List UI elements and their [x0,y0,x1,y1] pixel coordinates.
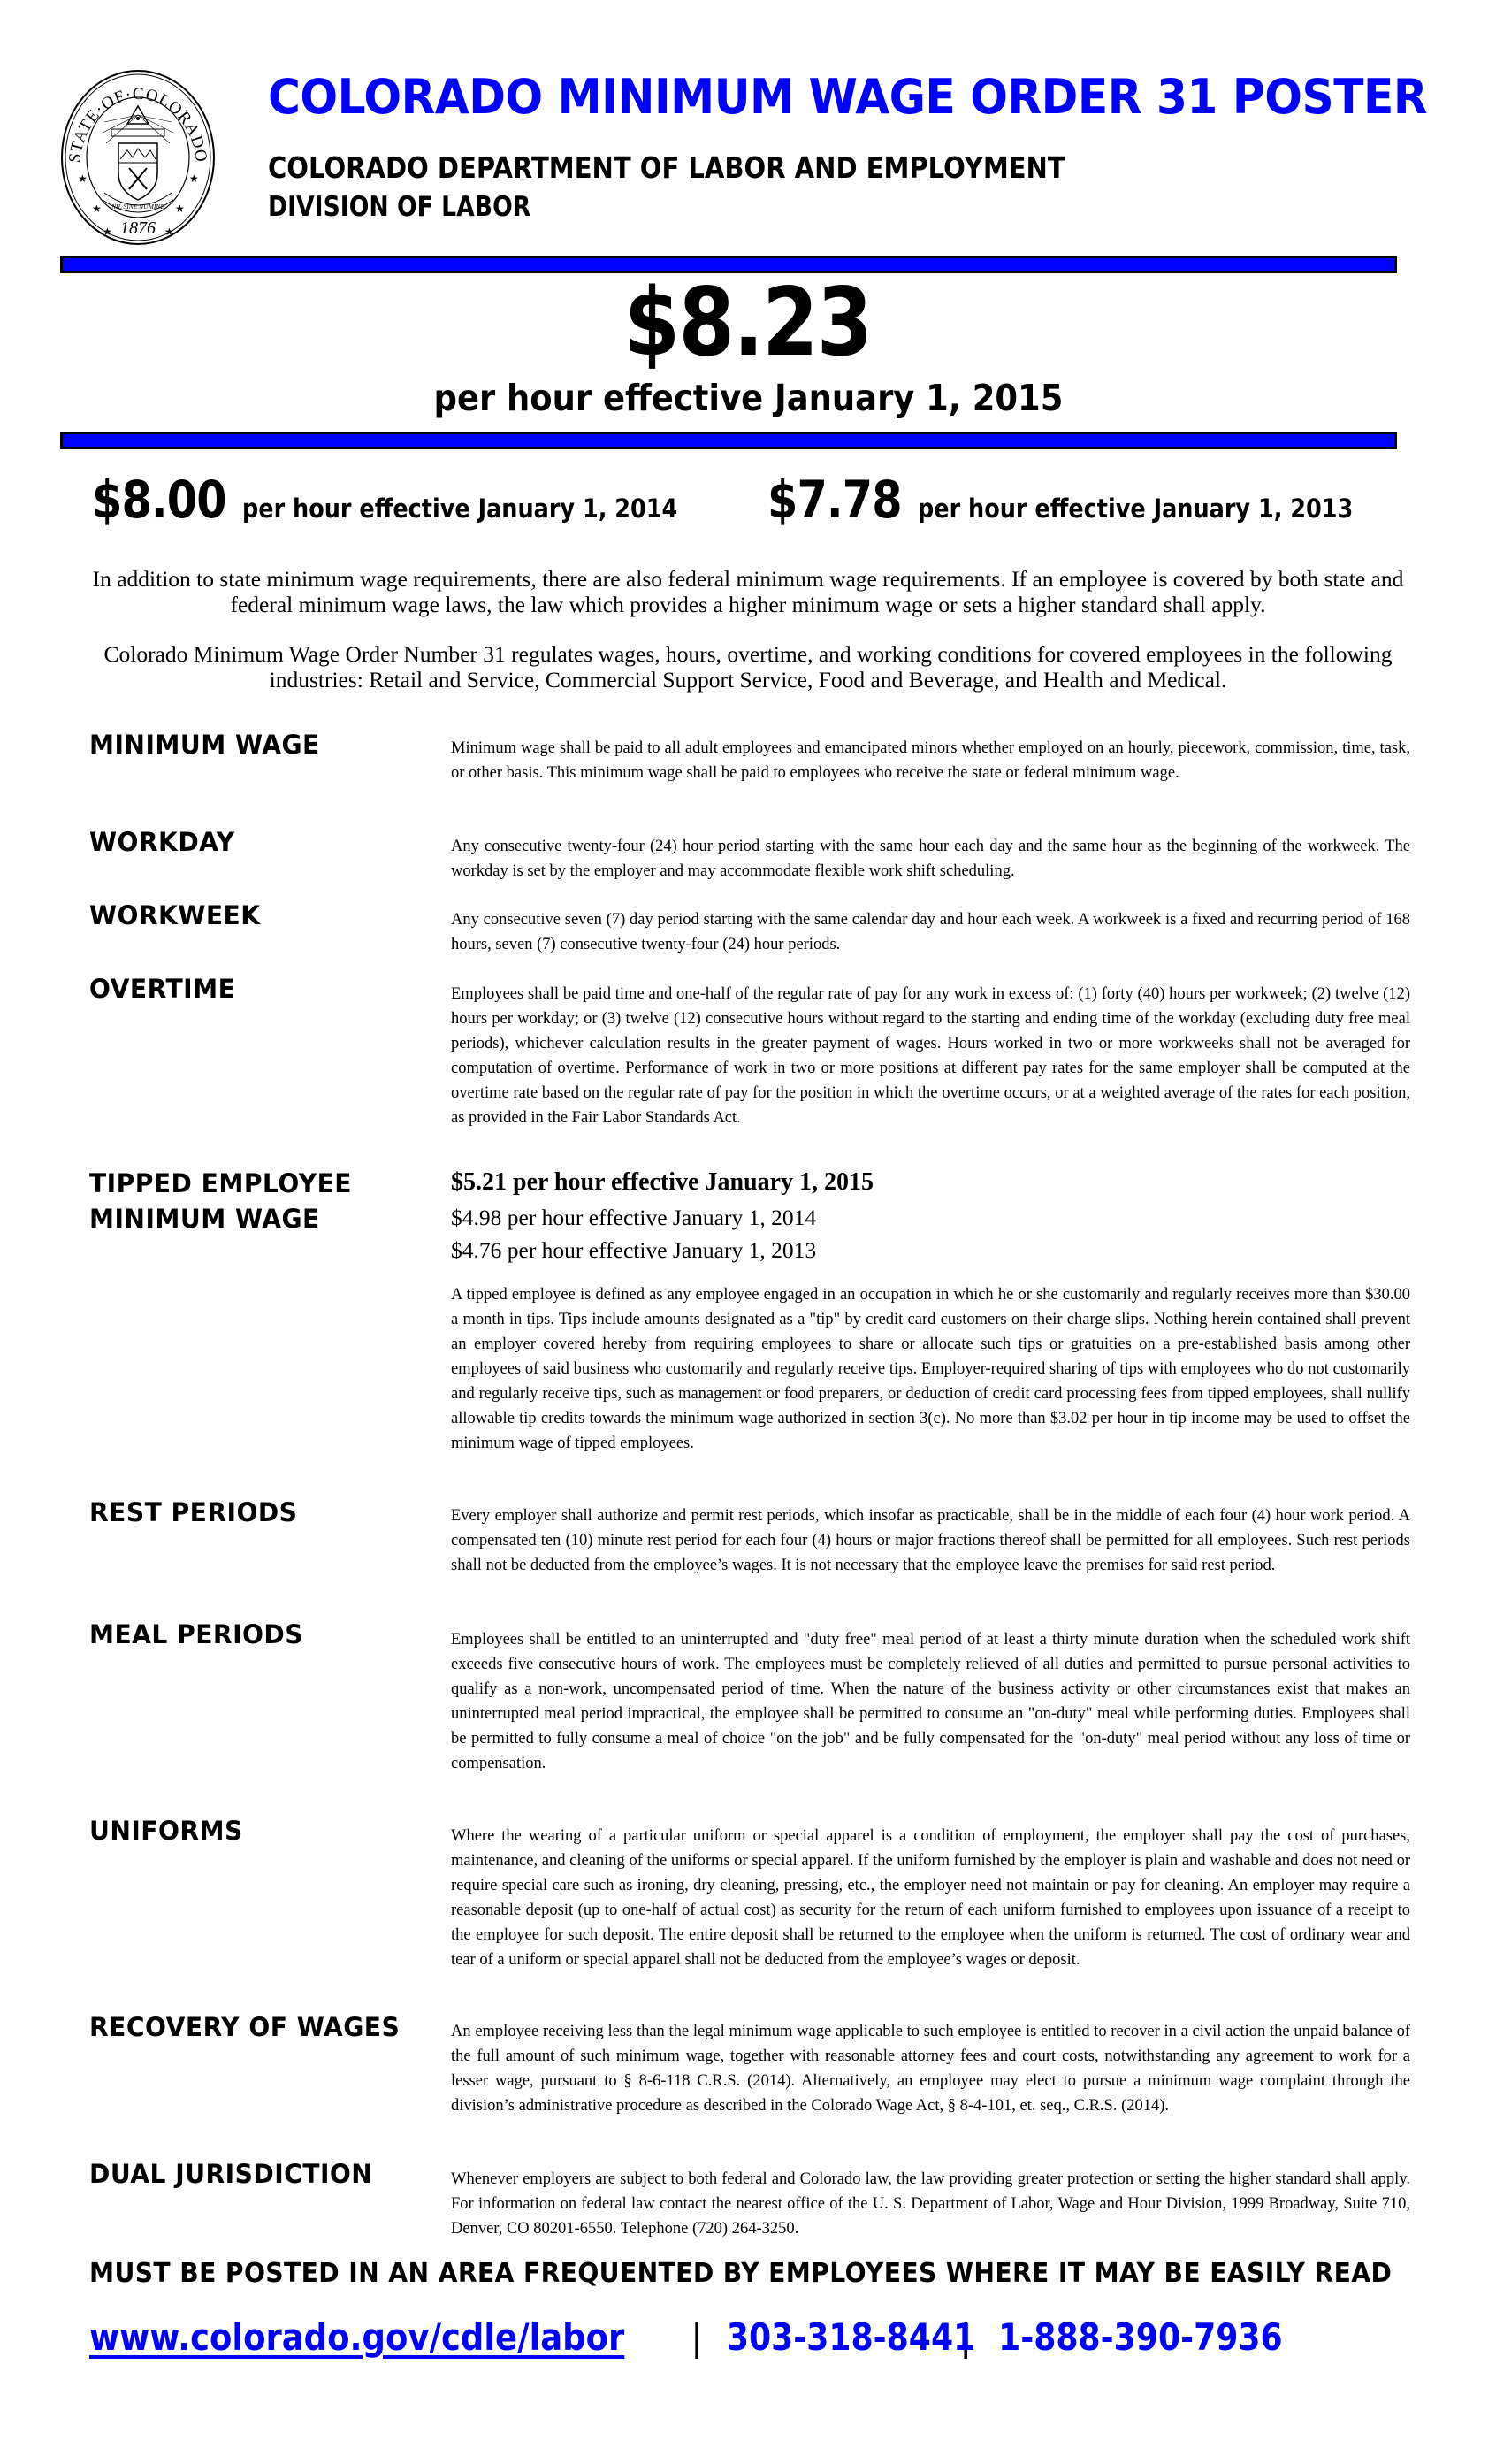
posting-notice: MUST BE POSTED IN AN AREA FREQUENTED BY … [89,2258,1392,2289]
section-label-dual-jurisdiction: DUAL JURISDICTION [89,2156,372,2192]
section-text-tipped: A tipped employee is defined as any empl… [451,1282,1410,1456]
svg-text:NIL SINE NUMINE: NIL SINE NUMINE [111,203,164,210]
section-text-uniforms: Where the wearing of a particular unifor… [451,1824,1410,1972]
tipped-rate-2013: $4.76 per hour effective January 1, 2013 [451,1234,816,1266]
svg-text:★: ★ [164,226,174,238]
current-wage-effective-text: per hour effective January 1, 2015 [433,380,1063,417]
prior-wage-effective: per hour effective January 1, 2013 [918,496,1353,522]
current-wage-amount: $8.23 [624,276,872,370]
poster-title: COLORADO MINIMUM WAGE ORDER 31 POSTER [268,69,1427,125]
section-label-tipped-line1: TIPPED EMPLOYEE [89,1166,352,1201]
section-label-overtime: OVERTIME [89,971,235,1006]
svg-text:★: ★ [78,172,88,185]
section-text-rest-periods: Every employer shall authorize and permi… [451,1504,1410,1578]
intro-paragraph-federal: In addition to state minimum wage requir… [88,566,1408,617]
current-minimum-wage: $8.23 [0,276,1496,370]
section-text-dual-jurisdiction: Whenever employers are subject to both f… [451,2167,1410,2241]
svg-text:★: ★ [103,226,112,238]
prior-wage-amount: $7.78 [767,474,902,525]
intro-paragraph-industries: Colorado Minimum Wage Order Number 31 re… [88,641,1408,693]
section-label-recovery-of-wages: RECOVERY OF WAGES [89,2009,400,2045]
phone-local[interactable]: 303-318-8441 [727,2317,975,2358]
phone-tollfree[interactable]: 1-888-390-7936 [998,2317,1282,2358]
current-wage-effective-date: per hour effective January 1, 2015 [0,380,1496,417]
department-name: COLORADO DEPARTMENT OF LABOR AND EMPLOYM… [268,150,1065,185]
section-text-overtime: Employees shall be paid time and one-hal… [451,982,1410,1130]
section-label-minimum-wage: MINIMUM WAGE [89,727,320,762]
prior-wage-amount: $8.00 [92,474,226,525]
tipped-rate-2015: $5.21 per hour effective January 1, 2015 [451,1166,874,1198]
prior-wage-2014: $8.00 per hour effective January 1, 2014 [92,474,737,525]
division-name: DIVISION OF LABOR [268,191,530,223]
website-link[interactable]: www.colorado.gov/cdle/labor [89,2317,624,2358]
blue-divider-bar [60,432,1397,449]
section-label-tipped-line2: MINIMUM WAGE [89,1201,320,1236]
tipped-rate-2014: $4.98 per hour effective January 1, 2014 [451,1201,816,1234]
section-text-meal-periods: Employees shall be entitled to an uninte… [451,1627,1410,1776]
section-label-uniforms: UNIFORMS [89,1813,243,1848]
svg-text:★: ★ [175,203,185,215]
colorado-state-seal-icon: STATE·OF·COLORADO 1876 ★ ★ ★ ★ ★ ★ NIL S… [60,69,216,246]
contact-footer: www.colorado.gov/cdle/labor|303-318-8441… [89,2317,1306,2358]
section-label-workweek: WORKWEEK [89,898,261,933]
svg-text:★: ★ [189,172,199,185]
section-label-meal-periods: MEAL PERIODS [89,1617,303,1652]
footer-separator: | [691,2317,703,2358]
section-label-rest-periods: REST PERIODS [89,1495,297,1530]
section-text-recovery-of-wages: An employee receiving less than the lega… [451,2019,1410,2118]
section-text-minimum-wage: Minimum wage shall be paid to all adult … [451,736,1410,785]
prior-wage-effective: per hour effective January 1, 2014 [242,496,677,522]
svg-text:★: ★ [92,203,102,215]
svg-text:1876: 1876 [120,218,156,238]
section-text-workday: Any consecutive twenty-four (24) hour pe… [451,834,1410,884]
prior-wage-2013: $7.78 per hour effective January 1, 2013 [767,474,1412,525]
section-label-workday: WORKDAY [89,824,235,860]
section-text-workweek: Any consecutive seven (7) day period sta… [451,907,1410,957]
